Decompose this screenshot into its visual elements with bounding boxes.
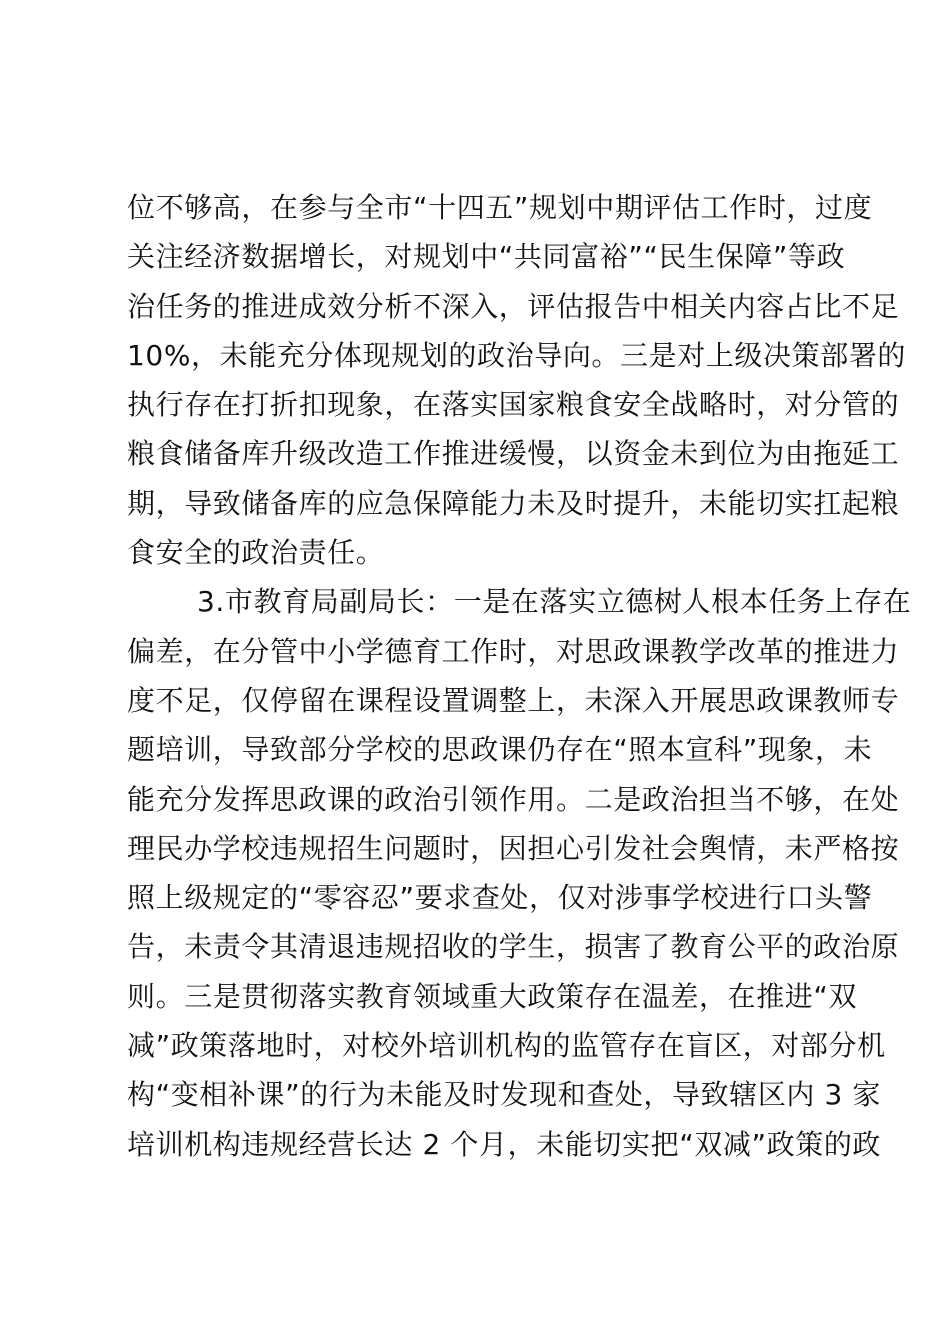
text-line: 减”政策落地时，对校外培训机构的监管存在盲区，对部分机: [127, 1021, 839, 1070]
text-line: 理民办学校违规招生问题时，因担心引发社会舆情，未严格按: [127, 824, 839, 873]
text-line: 偏差，在分管中小学德育工作时，对思政课教学改革的推进力: [127, 627, 839, 676]
text-line: 位不够高，在参与全市“十四五”规划中期评估工作时，过度: [127, 183, 839, 232]
document-page: 位不够高，在参与全市“十四五”规划中期评估工作时，过度 关注经济数据增长，对规划…: [0, 0, 950, 1344]
text-line: 粮食储备库升级改造工作推进缓慢，以资金未到位为由拖延工: [127, 429, 839, 478]
text-line: 执行存在打折扣现象，在落实国家粮食安全战略时，对分管的: [127, 380, 839, 429]
text-line: 期，导致储备库的应急保障能力未及时提升，未能切实扛起粮: [127, 479, 839, 528]
text-line: 告，未责令其清退违规招收的学生，损害了教育公平的政治原: [127, 922, 839, 971]
text-line: 治任务的推进成效分析不深入，评估报告中相关内容占比不足: [127, 282, 839, 331]
text-line: 度不足，仅停留在课程设置调整上，未深入开展思政课教师专: [127, 676, 839, 725]
text-line: 题培训，导致部分学校的思政课仍存在“照本宣科”现象，未: [127, 725, 839, 774]
text-line: 能充分发挥思政课的政治引领作用。二是政治担当不够，在处: [127, 775, 839, 824]
text-line: 培训机构违规经营长达 2 个月，未能切实把“双减”政策的政: [127, 1120, 839, 1169]
text-line: 照上级规定的“零容忍”要求查处，仅对涉事学校进行口头警: [127, 873, 839, 922]
text-line: 关注经济数据增长，对规划中“共同富裕”“民生保障”等政: [127, 232, 839, 281]
text-line: 食安全的政治责任。: [127, 528, 839, 577]
text-line: 构“变相补课”的行为未能及时发现和查处，导致辖区内 3 家: [127, 1070, 839, 1119]
section-heading-line: 3.市教育局副局长：一是在落实立德树人根本任务上存在: [127, 577, 839, 626]
document-body: 位不够高，在参与全市“十四五”规划中期评估工作时，过度 关注经济数据增长，对规划…: [127, 183, 839, 1169]
text-line: 则。三是贯彻落实教育领域重大政策存在温差，在推进“双: [127, 972, 839, 1021]
text-line: 10%，未能充分体现规划的政治导向。三是对上级决策部署的: [127, 331, 839, 380]
